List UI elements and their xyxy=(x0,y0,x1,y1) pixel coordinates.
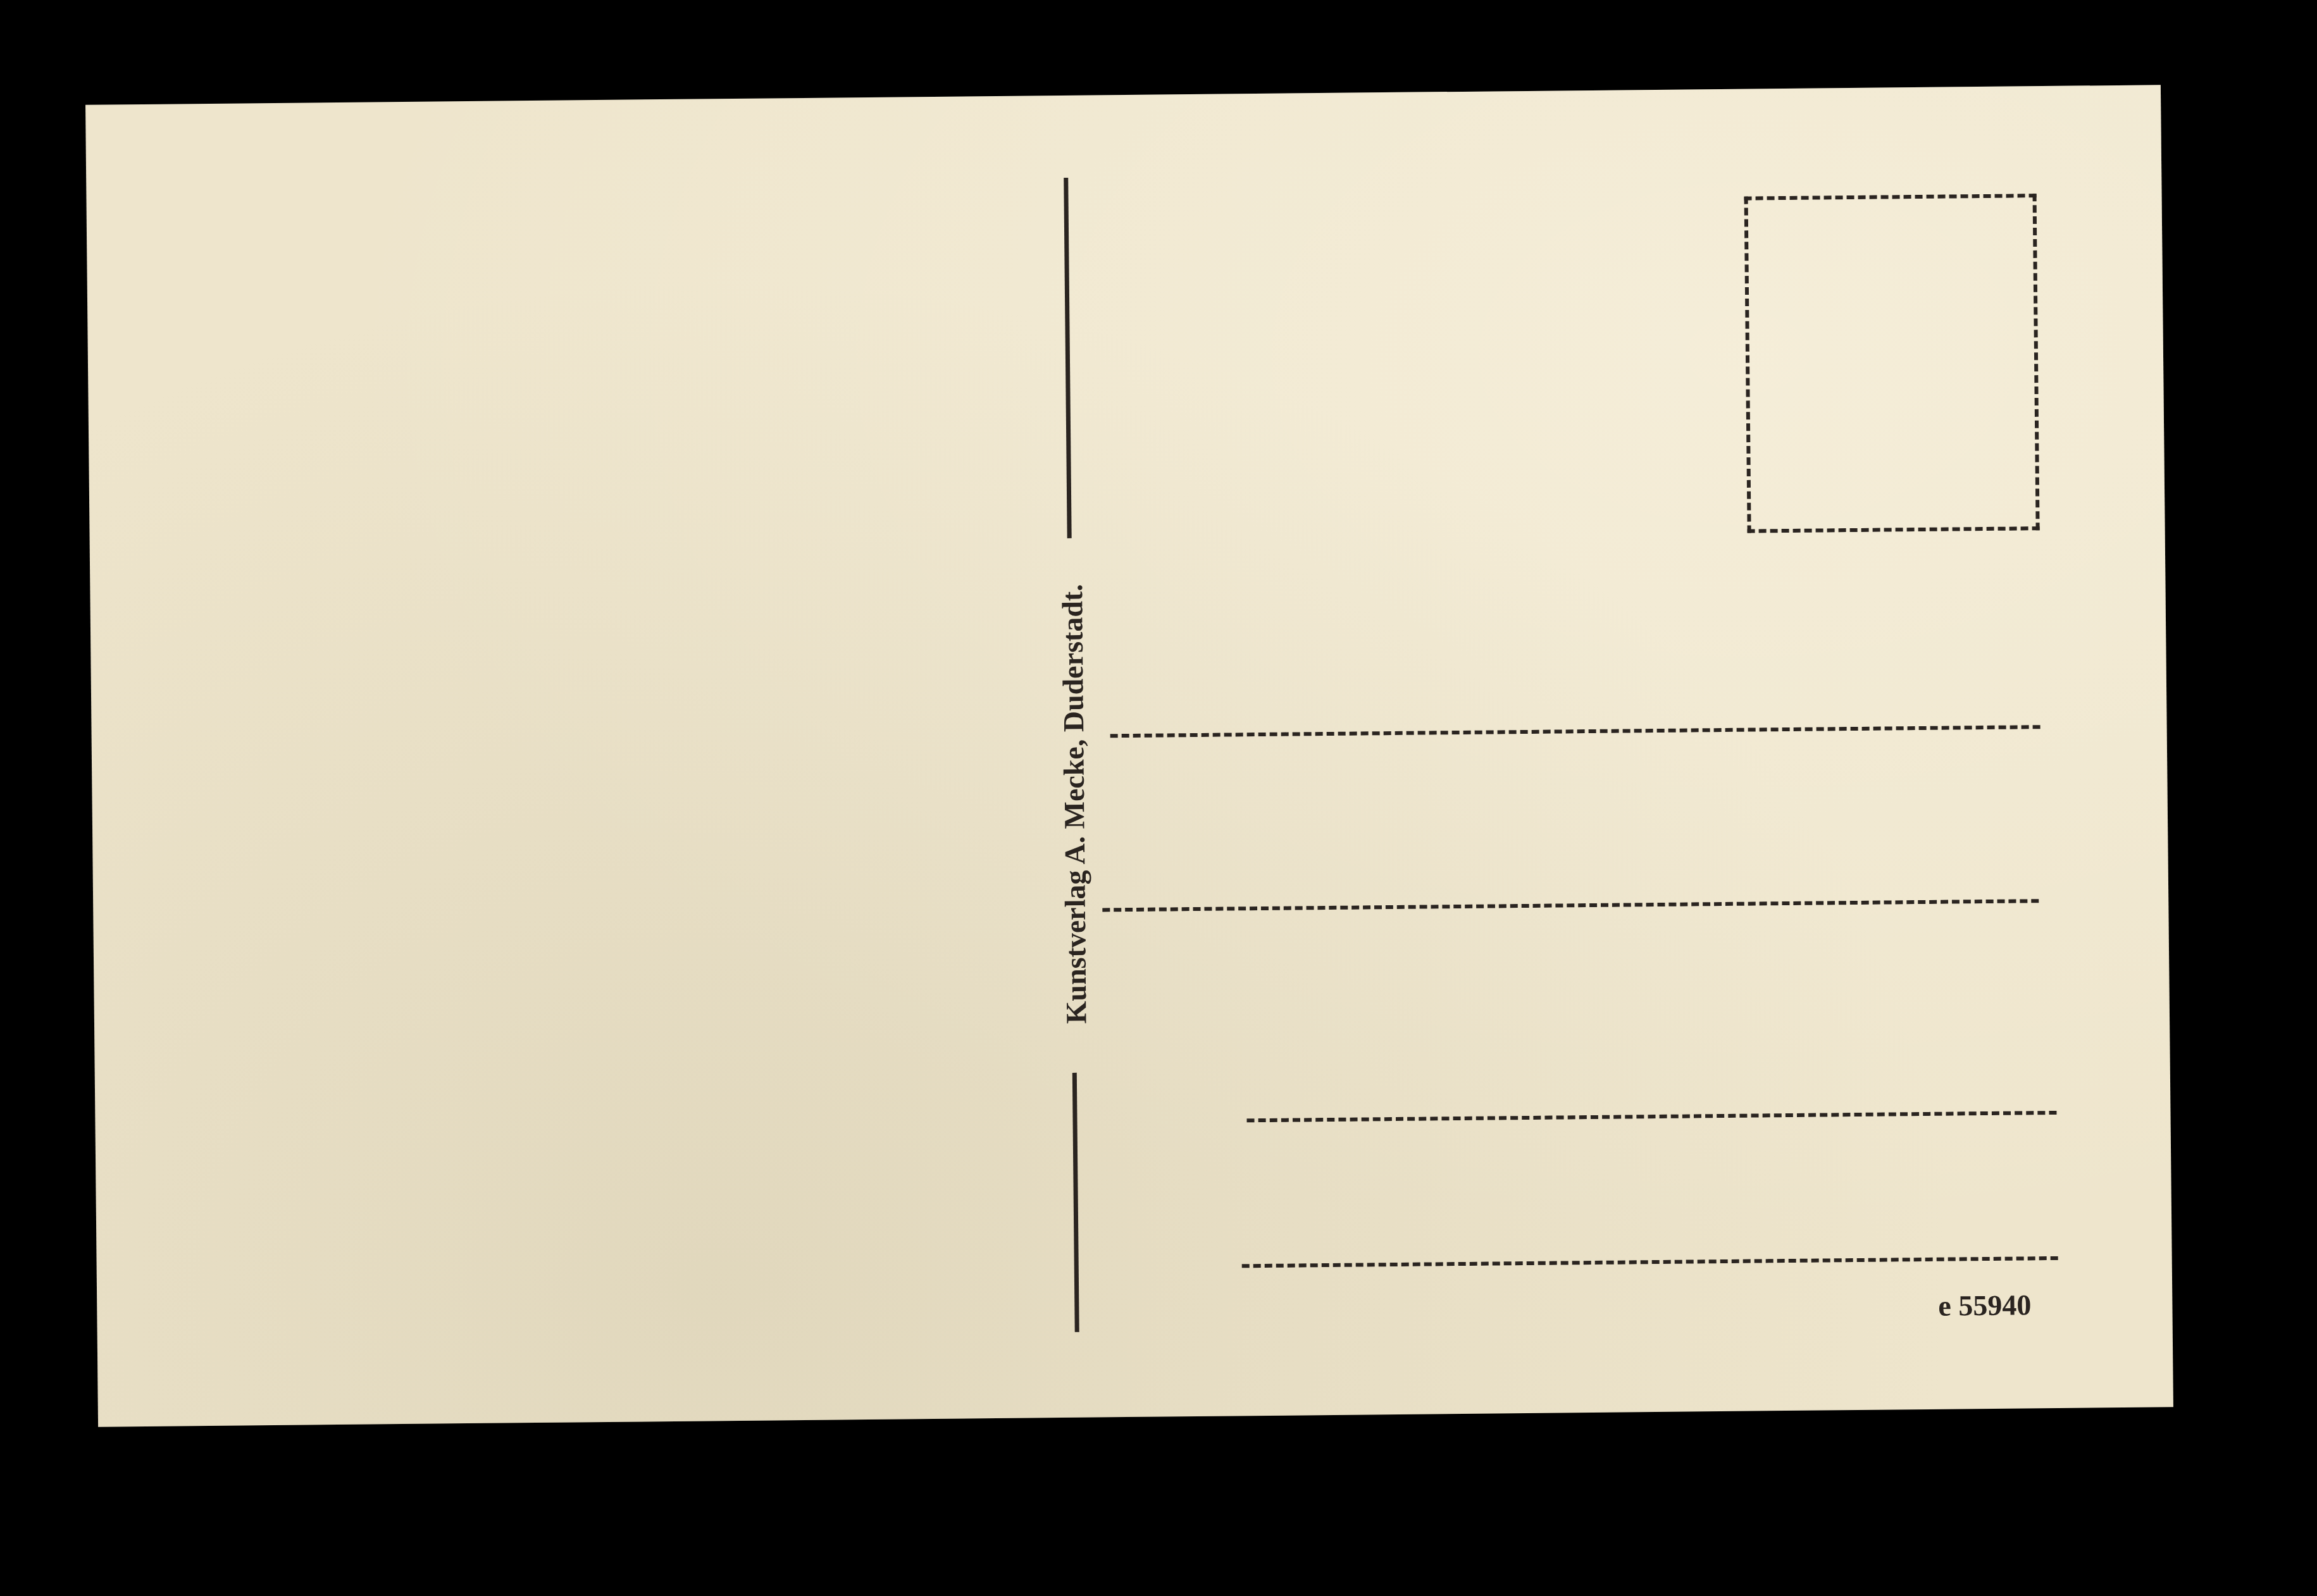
postcard-back: Kunstverlag A. Mecke, Duderstadt. e 5594… xyxy=(85,85,2173,1426)
address-line-4 xyxy=(1242,1256,2058,1268)
divider-line-bottom xyxy=(1072,1073,1079,1332)
address-line-1 xyxy=(1110,725,2041,738)
divider-line-top xyxy=(1064,178,1071,538)
publisher-imprint: Kunstverlag A. Mecke, Duderstadt. xyxy=(1055,584,1093,1024)
catalog-number: e 55940 xyxy=(1938,1288,2031,1322)
address-line-3 xyxy=(1247,1111,2057,1122)
address-line-2 xyxy=(1102,899,2039,912)
stamp-box xyxy=(1744,194,2040,533)
